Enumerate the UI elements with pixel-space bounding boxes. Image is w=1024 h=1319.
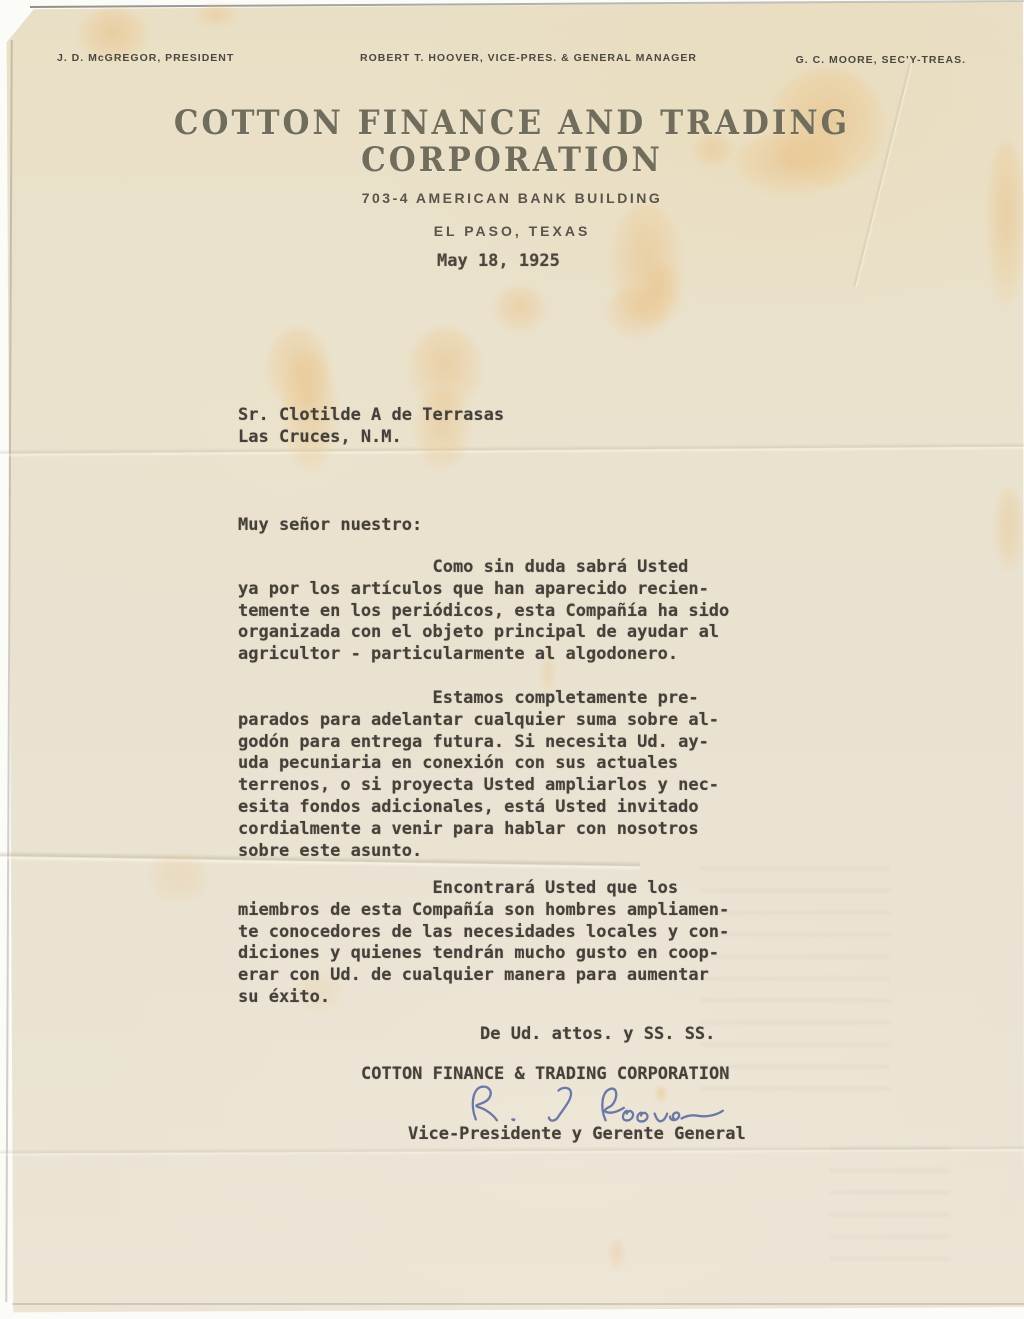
bleed-through-text bbox=[830, 1140, 950, 1260]
stain-blob bbox=[606, 286, 668, 338]
company-address: 703-4 AMERICAN BANK BUILDING bbox=[0, 190, 1024, 206]
company-city-state: EL PASO, TEXAS bbox=[0, 223, 1024, 239]
stain-blob bbox=[994, 488, 1024, 572]
body-paragraph-1: Como sin duda sabrá Usted ya por los art… bbox=[238, 557, 729, 666]
officer-secretary-treasurer: G. C. MOORE, SEC'Y-TREAS. bbox=[796, 54, 966, 66]
signer-title: Vice-Presidente y Gerente General bbox=[408, 1124, 746, 1146]
officer-president: J. D. McGREGOR, PRESIDENT bbox=[57, 52, 234, 64]
salutation: Muy señor nuestro: bbox=[238, 515, 422, 537]
stain-blob bbox=[608, 1238, 626, 1270]
company-name-line2: CORPORATION bbox=[0, 140, 1024, 180]
stain-blob bbox=[195, 5, 237, 27]
closing-valediction: De Ud. attos. y SS. SS. bbox=[480, 1024, 715, 1046]
recipient-address: Sr. Clotilde A de Terrasas Las Cruces, N… bbox=[238, 405, 504, 449]
company-name-line1: COTTON FINANCE AND TRADING bbox=[0, 103, 1024, 143]
letter-date: May 18, 1925 bbox=[437, 251, 560, 273]
stain-blob bbox=[148, 852, 210, 904]
body-paragraph-3: Encontrará Usted que los miembros de est… bbox=[238, 878, 729, 1009]
body-paragraph-2: Estamos completamente pre- parados para … bbox=[238, 688, 719, 862]
officer-vice-president: ROBERT T. HOOVER, VICE-PRES. & GENERAL M… bbox=[360, 52, 697, 64]
letter-scan: J. D. McGREGOR, PRESIDENT ROBERT T. HOOV… bbox=[0, 0, 1024, 1319]
stain-blob bbox=[494, 286, 546, 332]
handwritten-signature bbox=[450, 1079, 740, 1129]
